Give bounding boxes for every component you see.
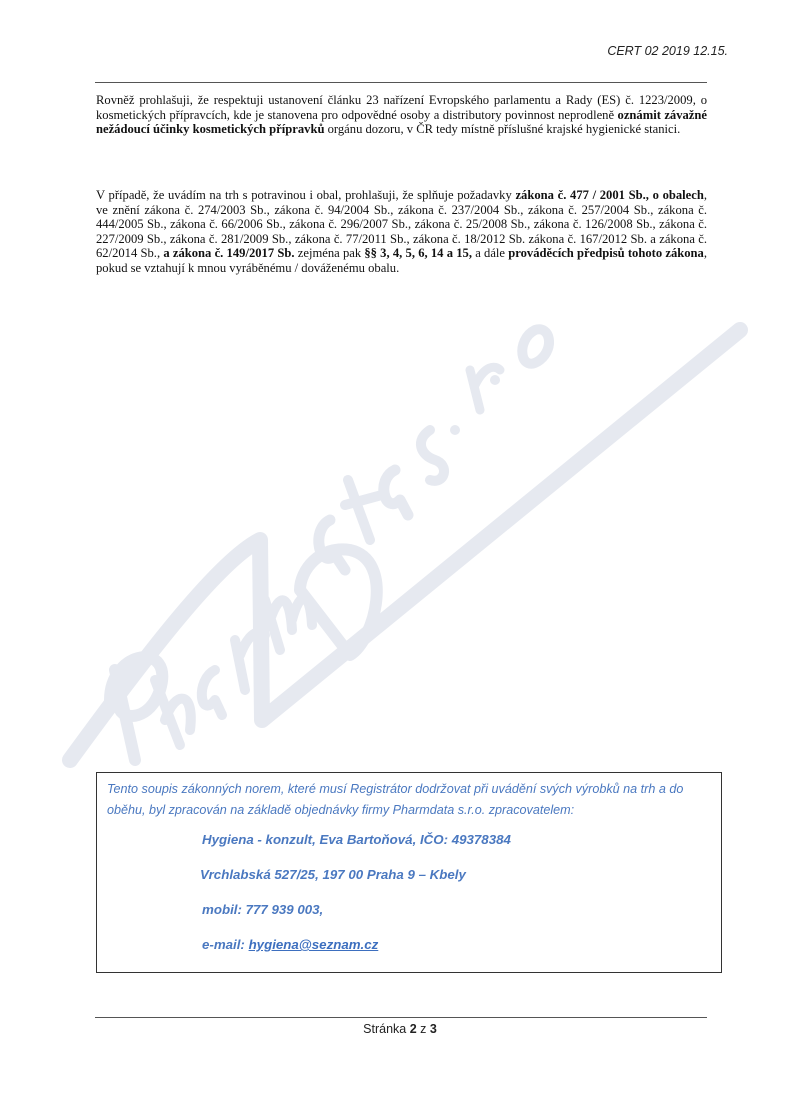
emphasized-text: a zákona č. 149/2017 Sb. bbox=[163, 246, 294, 260]
emphasized-text: zákona č. 477 / 2001 Sb., o obalech bbox=[515, 188, 703, 202]
of-label: z bbox=[417, 1022, 430, 1036]
email-label: e-mail: bbox=[202, 937, 249, 952]
paragraph-packaging-declaration: V případě, že uvádím na trh s potravinou… bbox=[96, 188, 707, 276]
header-divider bbox=[95, 82, 707, 83]
current-page: 2 bbox=[410, 1022, 417, 1036]
text-segment: Rovněž prohlašuji, že respektuji ustanov… bbox=[96, 93, 707, 122]
page-number: Stránka 2 z 3 bbox=[0, 1022, 800, 1036]
processor-company: Hygiena - konzult, Eva Bartoňová, IČO: 4… bbox=[202, 832, 511, 847]
paragraph-cosmetics-declaration: Rovněž prohlašuji, že respektuji ustanov… bbox=[96, 93, 707, 137]
text-segment: V případě, že uvádím na trh s potravinou… bbox=[96, 188, 515, 202]
processor-address: Vrchlabská 527/25, 197 00 Praha 9 – Kbel… bbox=[200, 867, 466, 882]
text-segment: a dále bbox=[472, 246, 508, 260]
document-reference: CERT 02 2019 12.15. bbox=[607, 44, 728, 58]
footer-divider bbox=[95, 1017, 707, 1018]
emphasized-text: prováděcích předpisů tohoto zákona bbox=[508, 246, 704, 260]
total-pages: 3 bbox=[430, 1022, 437, 1036]
page-label: Stránka bbox=[363, 1022, 410, 1036]
emphasized-text: §§ 3, 4, 5, 6, 14 a 15, bbox=[364, 246, 472, 260]
text-segment: zejména pak bbox=[295, 246, 365, 260]
processor-email-line: e-mail: hygiena@seznam.cz bbox=[202, 937, 378, 952]
processor-mobile: mobil: 777 939 003, bbox=[202, 902, 323, 917]
processor-info-box: Tento soupis zákonných norem, které musí… bbox=[96, 772, 722, 973]
email-link[interactable]: hygiena@seznam.cz bbox=[249, 937, 379, 952]
text-segment: orgánu dozoru, v ČR tedy místně příslušn… bbox=[324, 122, 680, 136]
info-box-intro: Tento soupis zákonných norem, které musí… bbox=[107, 779, 717, 821]
